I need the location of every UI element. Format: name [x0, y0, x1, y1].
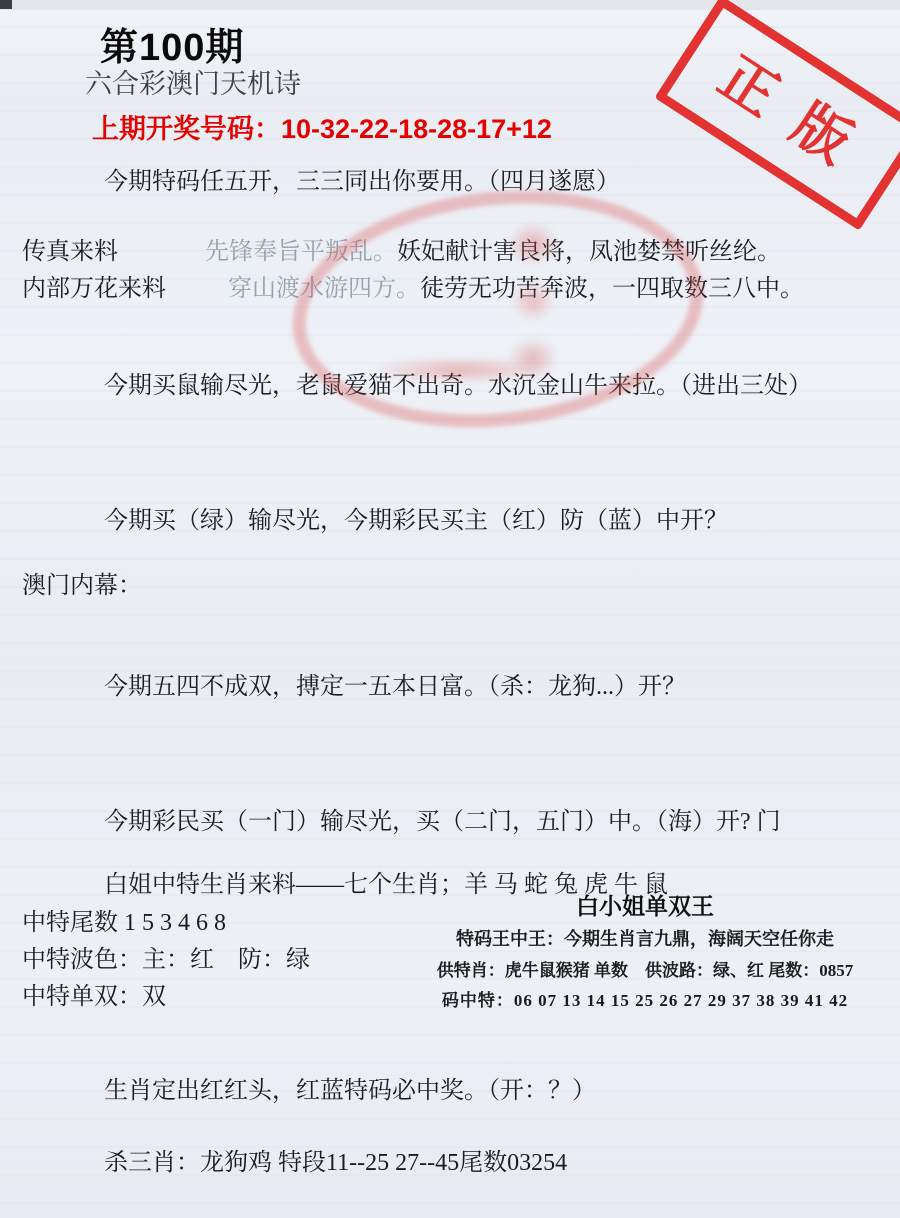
mouse-tip-line: 今期买鼠输尽光，老鼠爱猫不出奇。水沉金山牛来拉。（进出三处）: [104, 365, 812, 400]
corner-scan-mark: [0, 0, 12, 9]
red-head-tip-line: 生肖定出红红头，红蓝特码必中奖。（开：？）: [104, 1070, 596, 1105]
last-draw-label: 上期开奖号码：: [92, 114, 281, 144]
top-scan-band: [0, 0, 900, 10]
baixiaojie-box: 白小姐单双王 特码王中王：今期生肖言九鼎，海阔天空任你走 供特肖：虎牛鼠猴猪 单…: [395, 888, 895, 1011]
fax-poem-main: 妖妃献计害良将，凤池婪禁听丝纶。: [397, 239, 781, 265]
baixiaojie-line2: 供特肖：虎牛鼠猴猪 单数 供波路：绿、红 尾数：0857: [395, 956, 895, 981]
baixiaojie-title: 白小姐单双王: [395, 888, 895, 921]
five-four-tip-line: 今期五四不成双，搏定一五本日富。（杀：龙狗...）开？: [104, 666, 686, 701]
fax-poem: 先锋奉旨平叛乱。妖妃献计害良将，凤池婪禁听丝纶。: [205, 231, 781, 266]
baixiaojie-line1: 特码王中王：今期生肖言九鼎，海阔天空任你走: [395, 925, 895, 951]
internal-poem: 穿山渡水游四方。徒劳无功苦奔波，一四取数三八中。: [228, 268, 804, 303]
stat-wave-color: 中特波色：主：红 防：绿: [22, 939, 310, 974]
subtitle: 六合彩澳门天机诗: [85, 62, 301, 101]
genuine-stamp: 正版: [654, 0, 900, 231]
fax-source-label: 传真来料: [22, 231, 118, 266]
last-draw-line: 上期开奖号码：10-32-22-18-28-17+12: [92, 107, 552, 146]
macau-insider-label: 澳门内幕：: [22, 565, 142, 600]
doors-tip-line: 今期彩民买（一门）输尽光，买（二门，五门）中。（海）开? 门: [104, 801, 781, 836]
stat-parity: 中特单双：双: [22, 976, 166, 1011]
lottery-tip-sheet: 第100期 六合彩澳门天机诗 上期开奖号码：10-32-22-18-28-17+…: [0, 0, 900, 1218]
internal-poem-faded: 穿山渡水游四方。: [228, 276, 420, 302]
fax-poem-faded: 先锋奉旨平叛乱。: [205, 239, 397, 265]
internal-poem-main: 徒劳无功苦奔波，一四取数三八中。: [420, 276, 804, 302]
faded-seal-watermark: [281, 171, 715, 447]
kill-three-zodiac-line: 杀三肖：龙狗鸡 特段11--25 27--45尾数03254: [104, 1142, 567, 1177]
color-tip-line: 今期买（绿）输尽光，今期彩民买主（红）防（蓝）中开？: [104, 500, 728, 535]
stat-tail-numbers: 中特尾数 1 5 3 4 6 8: [22, 902, 226, 937]
genuine-stamp-text: 正版: [694, 37, 887, 189]
internal-source-label: 内部万花来料: [22, 268, 166, 303]
baixiaojie-line3: 码中特：06 07 13 14 15 25 26 27 29 37 38 39 …: [395, 986, 895, 1011]
last-draw-numbers: 10-32-22-18-28-17+12: [281, 114, 552, 144]
opening-poem: 今期特码任五开，三三同出你要用。（四月遂愿）: [104, 161, 620, 196]
